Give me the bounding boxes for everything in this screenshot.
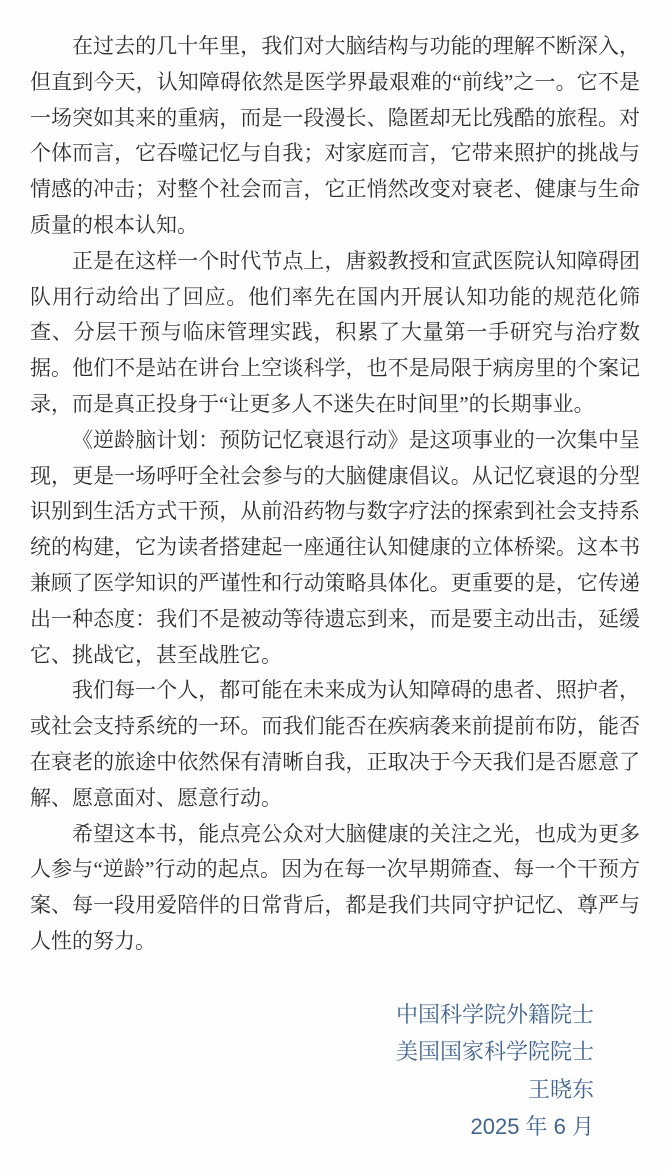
signature-title-2: 美国国家科学院院士: [30, 1033, 594, 1071]
foreword-paragraph-5: 希望这本书，能点亮公众对大脑健康的关注之光，也成为更多人参与“逆龄”行动的起点。…: [30, 817, 640, 960]
foreword-paragraph-2: 正是在这样一个时代节点上，唐毅教授和宣武医院认知障碍团队用行动给出了回应。他们率…: [30, 244, 640, 423]
foreword-text: 在过去的几十年里，我们对大脑结构与功能的理解不断深入，但直到今天，认知障碍依然是…: [30, 29, 640, 960]
signature-date: 2025 年 6 月: [30, 1108, 594, 1146]
signature-title-1: 中国科学院外籍院士: [30, 996, 594, 1034]
book-page: 在过去的几十年里，我们对大脑结构与功能的理解不断深入，但直到今天，认知障碍依然是…: [0, 0, 670, 1172]
foreword-paragraph-1: 在过去的几十年里，我们对大脑结构与功能的理解不断深入，但直到今天，认知障碍依然是…: [30, 29, 640, 244]
signature-block: 中国科学院外籍院士 美国国家科学院院士 王晓东 2025 年 6 月: [30, 996, 640, 1146]
signature-name: 王晓东: [30, 1071, 594, 1109]
foreword-paragraph-4: 我们每一个人，都可能在未来成为认知障碍的患者、照护者，或社会支持系统的一环。而我…: [30, 673, 640, 816]
foreword-paragraph-3: 《逆龄脑计划：预防记忆衰退行动》是这项事业的一次集中呈现，更是一场呼吁全社会参与…: [30, 423, 640, 674]
